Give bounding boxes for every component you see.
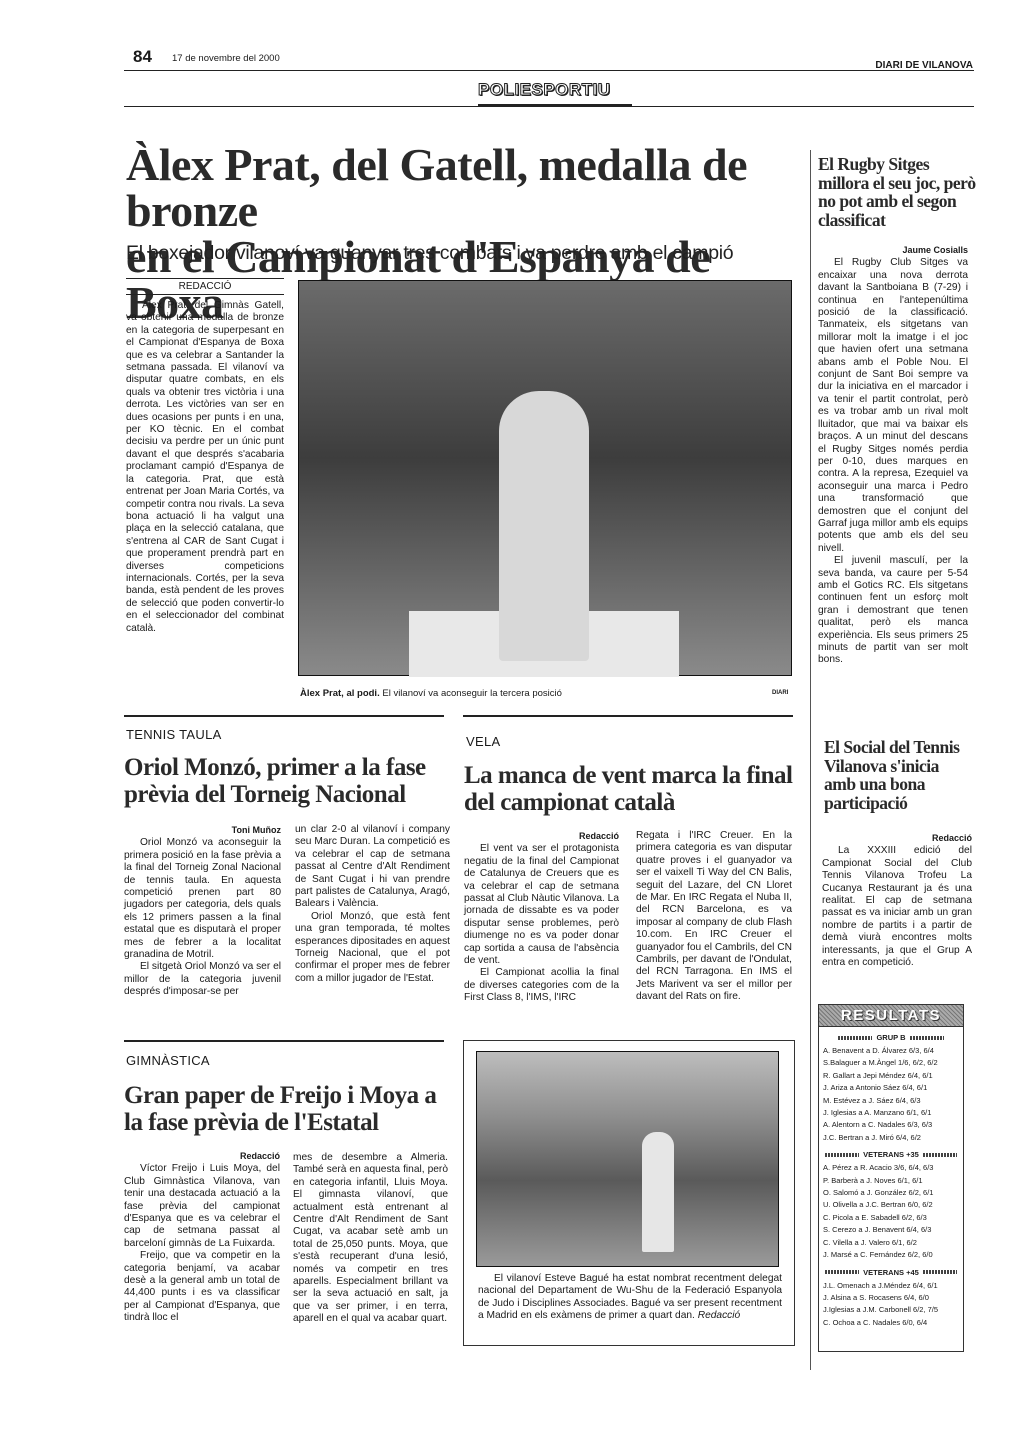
boxing-podium-photo xyxy=(298,280,792,676)
vela-paragraph: El vent va ser el protagonista negatiu d… xyxy=(464,843,619,967)
result-line: A. Alentorn a C. Nadales 6/3, 6/3 xyxy=(819,1119,963,1131)
result-line: R. Gallart a Jepi Méndez 6/4, 6/1 xyxy=(819,1070,963,1082)
wushu-box: El vilanoví Esteve Bagué ha estat nombra… xyxy=(463,1040,795,1346)
wushu-caption: El vilanoví Esteve Bagué ha estat nombra… xyxy=(478,1273,782,1323)
tennis-taula-col1: Toni Muñoz Oriol Monzó va aconseguir la … xyxy=(124,824,281,999)
decorative-bar xyxy=(923,1153,957,1157)
page-date: 17 de novembre del 2000 xyxy=(172,53,280,64)
rugby-body: Jaume Cosialls El Rugby Club Sitges va e… xyxy=(818,244,968,667)
vela-col1: Redacció El vent va ser el protagonista … xyxy=(464,830,619,1005)
rugby-headline: El Rugby Sitges millora el seu joc, però… xyxy=(818,155,978,229)
byline-rule-bottom xyxy=(126,294,284,295)
vela-headline: La manca de vent marca la final del camp… xyxy=(464,762,794,816)
gimnastica-headline: Gran paper de Freijo i Moya a la fase pr… xyxy=(124,1082,454,1136)
decorative-bar xyxy=(825,1270,859,1274)
results-group-title: VETERANS +35 xyxy=(863,1150,919,1159)
main-body-paragraph: Àlex Prat, del Gimnàs Gatell, va obtenir… xyxy=(126,300,284,635)
gimnastica-col1: Redacció Víctor Freijo i Luis Moya, del … xyxy=(124,1150,280,1325)
tennis-social-paragraph: La XXXIII edició del Campionat Social de… xyxy=(822,845,972,969)
result-line: S. Cerezo a J. Benavent 6/4, 6/3 xyxy=(819,1224,963,1236)
decorative-bar xyxy=(825,1153,859,1157)
page-number: 84 xyxy=(133,47,152,67)
vela-byline: Redacció xyxy=(464,830,619,842)
gimnastica-top-rule xyxy=(124,1040,444,1042)
result-line: J. Alsina a S. Rocasens 6/4, 6/0 xyxy=(819,1292,963,1304)
result-line: A. Pérez a R. Acacio 3/6, 6/4, 6/3 xyxy=(819,1162,963,1174)
tennis-taula-paragraph: El sitgetà Oriol Monzó va ser el millor … xyxy=(124,961,281,998)
main-subheadline: El boxejador vilanoví va guanyar tres co… xyxy=(126,242,733,265)
section-title-underline xyxy=(478,104,632,107)
tennis-social-byline: Redacció xyxy=(822,832,972,844)
decorative-bar xyxy=(838,1036,872,1040)
tennis-taula-headline: Oriol Monzó, primer a la fase prèvia del… xyxy=(124,754,444,808)
result-line: J. Iglesias a A. Manzano 6/1, 6/1 xyxy=(819,1107,963,1119)
result-line: J.Iglesias a J.M. Carbonell 6/2, 7/5 xyxy=(819,1304,963,1316)
tennis-taula-paragraph: Oriol Monzó va aconseguir la primera pos… xyxy=(124,837,281,961)
right-column-divider xyxy=(810,150,811,1370)
wushu-group-photo xyxy=(476,1051,779,1267)
vela-paragraph: Regata i l'IRC Creuer. En la primera cat… xyxy=(636,830,792,1004)
results-group-title: VETERANS +45 xyxy=(863,1268,919,1277)
header-rule-top xyxy=(124,70,974,71)
tennis-taula-paragraph: un clar 2-0 al vilanoví i company seu Ma… xyxy=(295,824,450,911)
gimnastica-paragraph: Víctor Freijo i Luis Moya, del Club Gimn… xyxy=(124,1163,280,1250)
main-byline: REDACCIÓ xyxy=(126,281,284,292)
byline-rule xyxy=(126,278,284,279)
section-title: POLIESPORTIU xyxy=(478,80,611,100)
tennis-taula-paragraph: Oriol Monzó, que està fent una gran temp… xyxy=(295,911,450,985)
rugby-byline: Jaume Cosialls xyxy=(818,244,968,256)
tennis-social-body: Redacció La XXXIII edició del Campionat … xyxy=(822,832,972,969)
result-line: J.L. Omenach a J.Méndez 6/4, 6/1 xyxy=(819,1280,963,1292)
results-group-veterans-45: VETERANS +45 J.L. Omenach a J.Méndez 6/4… xyxy=(819,1268,963,1330)
result-line: C. Ochoa a C. Nadales 6/0, 6/4 xyxy=(819,1317,963,1329)
photo-caption: Àlex Prat, al podi. El vilanoví va acons… xyxy=(300,688,562,699)
result-line: U. Olivella a J.C. Bertran 6/0, 6/2 xyxy=(819,1199,963,1211)
result-line: C. Vilella a J. Valero 6/1, 6/2 xyxy=(819,1237,963,1249)
tennis-taula-section: TENNIS TAULA xyxy=(126,727,222,742)
gimnastica-section: GIMNÀSTICA xyxy=(126,1053,210,1068)
results-group-veterans-35: VETERANS +35 A. Pérez a R. Acacio 3/6, 6… xyxy=(819,1150,963,1261)
results-title: RESULTATS xyxy=(819,1005,963,1027)
photo-credit: DIARI xyxy=(772,690,788,696)
result-line: O. Salomó a J. González 6/2, 6/1 xyxy=(819,1187,963,1199)
result-line: M. Estévez a J. Sáez 6/4, 6/3 xyxy=(819,1095,963,1107)
results-group-grup-b: GRUP B A. Benavent a D. Álvarez 6/3, 6/4… xyxy=(819,1033,963,1144)
decorative-bar xyxy=(923,1270,957,1274)
vela-paragraph: El Campionat acollia la final de diverse… xyxy=(464,967,619,1004)
tennis-taula-col2: un clar 2-0 al vilanoví i company seu Ma… xyxy=(295,824,450,985)
vela-section: VELA xyxy=(466,734,500,749)
tennis-taula-top-rule xyxy=(124,715,444,717)
result-line: J. Ariza a Antonio Sáez 6/4, 6/1 xyxy=(819,1082,963,1094)
figure-center xyxy=(499,391,589,661)
gimnastica-byline: Redacció xyxy=(124,1150,280,1162)
result-line: C. Picola a E. Sabadell 6/2, 6/3 xyxy=(819,1212,963,1224)
result-line: J.C. Bertran a J. Miró 6/4, 6/2 xyxy=(819,1132,963,1144)
tennis-taula-byline: Toni Muñoz xyxy=(124,824,281,836)
figure-white-uniform xyxy=(642,1132,674,1252)
rugby-paragraph: El Rugby Club Sitges va encaixar una nov… xyxy=(818,257,968,555)
vela-top-rule xyxy=(463,715,793,717)
wushu-caption-credit: Redacció xyxy=(698,1310,740,1321)
rugby-paragraph: El juvenil masculí, per la seva banda, v… xyxy=(818,555,968,667)
main-headline-line1: Àlex Prat, del Gatell, medalla de bronze xyxy=(126,142,816,234)
gimnastica-col2: mes de desembre a Almeria. També serà en… xyxy=(293,1152,448,1326)
results-box: RESULTATS GRUP B A. Benavent a D. Álvare… xyxy=(818,1004,964,1352)
result-line: A. Benavent a D. Álvarez 6/3, 6/4 xyxy=(819,1045,963,1057)
decorative-bar xyxy=(910,1036,944,1040)
main-body: Àlex Prat, del Gimnàs Gatell, va obtenir… xyxy=(126,300,284,635)
gimnastica-paragraph: Freijo, que va competir en la categoria … xyxy=(124,1250,280,1324)
gimnastica-paragraph: mes de desembre a Almeria. També serà en… xyxy=(293,1152,448,1326)
result-line: P. Barberà a J. Noves 6/1, 6/1 xyxy=(819,1175,963,1187)
vela-col2: Regata i l'IRC Creuer. En la primera cat… xyxy=(636,830,792,1004)
photo-caption-text: El vilanoví va aconseguir la tercera pos… xyxy=(382,688,562,699)
photo-caption-bold: Àlex Prat, al podi. xyxy=(300,688,380,699)
result-line: S.Balaguer a M.Àngel 1/6, 6/2, 6/2 xyxy=(819,1057,963,1069)
tennis-social-headline: El Social del Tennis Vilanova s'inicia a… xyxy=(824,738,974,812)
result-line: J. Marsé a C. Fernández 6/2, 6/0 xyxy=(819,1249,963,1261)
results-group-title: GRUP B xyxy=(876,1033,905,1042)
